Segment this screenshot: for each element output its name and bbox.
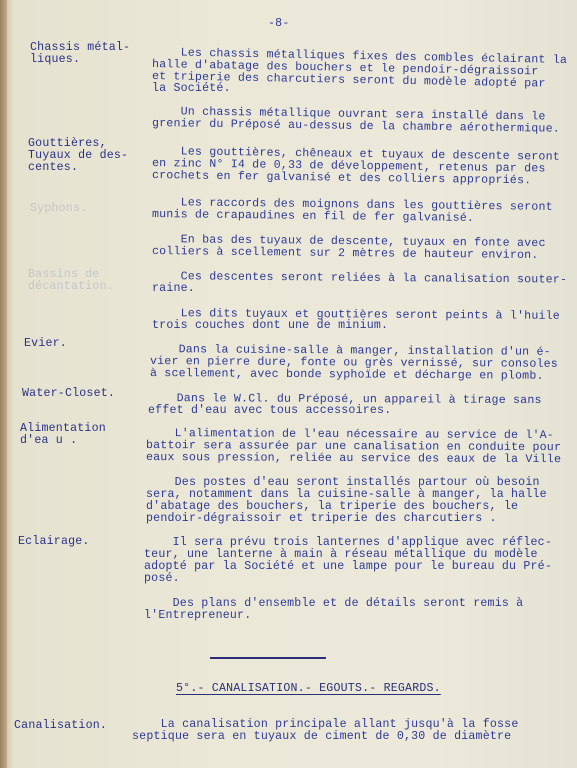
body-line: à scellement, avec bonde syphoïde et déc…: [150, 368, 544, 383]
margin-label: liques.: [30, 54, 80, 66]
body-line: adopté par la Société et une lampe pour …: [144, 561, 552, 573]
margin-label: Eclairage.: [18, 536, 90, 548]
body-line: trois couches dont une de minium.: [152, 320, 388, 332]
margin-label: d'ea u .: [20, 435, 77, 447]
book-spine-edge: [0, 0, 7, 768]
body-line: raine.: [152, 283, 195, 295]
margin-label: Evier.: [24, 338, 67, 350]
body-line: Ces descentes seront reliées à la canali…: [152, 271, 567, 287]
page-number: -8-: [268, 18, 289, 30]
body-line: eaux sous pression, reliée au service de…: [146, 452, 561, 466]
section-separator: [210, 657, 326, 659]
body-line: l'Entrepreneur.: [144, 610, 251, 622]
body-line: effet d'eau avec tous accessoires.: [148, 405, 391, 417]
chapter-heading: 5°.- CANALISATION.- EGOUTS.- REGARDS.: [176, 683, 441, 695]
body-line: colliers à scellement sur 2 mètres de ha…: [152, 246, 539, 262]
body-line: posé.: [144, 573, 180, 585]
scanned-page: -8- Syphons. Bassins de décantation. Cha…: [0, 0, 577, 768]
body-line: munis de crapaudines en fil de fer galva…: [152, 209, 474, 225]
bleed-through-label: décantation.: [28, 281, 114, 293]
body-line: septique sera en tuyaux de ciment de 0,3…: [132, 731, 511, 743]
margin-label: Water-Closet.: [22, 388, 115, 400]
body-line: pendoir-dégraissoir et triperie des char…: [146, 513, 497, 525]
margin-label: Canalisation.: [14, 720, 107, 732]
bleed-through-label: Syphons.: [30, 203, 87, 215]
margin-label: centes.: [28, 162, 78, 174]
body-line: la Société.: [152, 83, 231, 95]
body-line: crochets en fer galvanisé et des collier…: [152, 170, 531, 187]
